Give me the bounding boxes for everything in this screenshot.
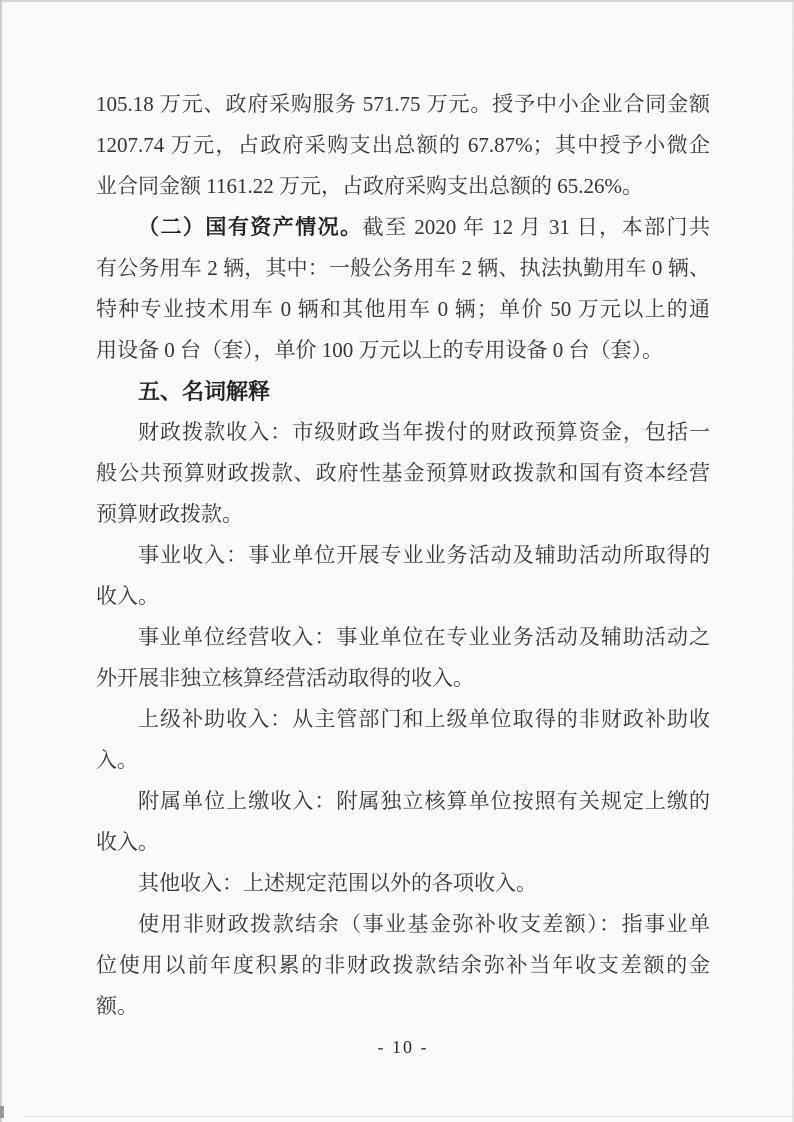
paragraph: 附属单位上缴收入：附属独立核算单位按照有关规定上缴的收入。 <box>96 781 710 863</box>
text-line: 使用非财政拨款结余（事业基金弥补收支差额）：指事业单 <box>96 904 710 945</box>
text-line: 收入。 <box>96 822 710 863</box>
text-line: 其他收入：上述规定范围以外的各项收入。 <box>96 863 710 904</box>
scan-edge-top <box>0 0 794 2</box>
paragraph: 事业收入：事业单位开展专业业务活动及辅助活动所取得的收入。 <box>96 535 710 617</box>
text-line: 外开展非独立核算经营活动取得的收入。 <box>96 658 710 699</box>
paragraph: 财政拨款收入：市级财政当年拨付的财政预算资金，包括一般公共预算财政拨款、政府性基… <box>96 412 710 535</box>
scan-artifact-speck <box>0 1106 4 1118</box>
text-line: 1207.74 万元，占政府采购支出总额的 67.87%；其中授予小微企 <box>96 125 710 166</box>
text-line: 附属单位上缴收入：附属独立核算单位按照有关规定上缴的 <box>96 781 710 822</box>
paragraph: 其他收入：上述规定范围以外的各项收入。 <box>96 863 710 904</box>
paragraph: （二）国有资产情况。截至 2020 年 12 月 31 日，本部门共有公务用车 … <box>96 207 710 371</box>
section-heading: 五、名词解释 <box>96 371 710 412</box>
scan-edge-bottom <box>24 1116 794 1117</box>
scan-edge-left <box>0 0 2 1122</box>
heading-line: 五、名词解释 <box>96 371 710 412</box>
text-line: 位使用以前年度积累的非财政拨款结余弥补当年收支差额的金 <box>96 945 710 986</box>
text-line: 收入。 <box>96 576 710 617</box>
text-line: 事业收入：事业单位开展专业业务活动及辅助活动所取得的 <box>96 535 710 576</box>
text-line: 入。 <box>96 740 710 781</box>
paragraph: 事业单位经营收入：事业单位在专业业务活动及辅助活动之外开展非独立核算经营活动取得… <box>96 617 710 699</box>
text-line: （二）国有资产情况。截至 2020 年 12 月 31 日，本部门共 <box>96 207 710 248</box>
page-number: - 10 - <box>96 1036 710 1058</box>
document-body: 105.18 万元、政府采购服务 571.75 万元。授予中小企业合同金额120… <box>96 84 710 1027</box>
scanned-document-page: 105.18 万元、政府采购服务 571.75 万元。授予中小企业合同金额120… <box>0 0 794 1122</box>
text-line: 105.18 万元、政府采购服务 571.75 万元。授予中小企业合同金额 <box>96 84 710 125</box>
document-content: 105.18 万元、政府采购服务 571.75 万元。授予中小企业合同金额120… <box>96 84 710 1058</box>
text-line: 事业单位经营收入：事业单位在专业业务活动及辅助活动之 <box>96 617 710 658</box>
text-line: 业合同金额 1161.22 万元，占政府采购支出总额的 65.26%。 <box>96 166 710 207</box>
text-line: 额。 <box>96 986 710 1027</box>
text-line: 上级补助收入：从主管部门和上级单位取得的非财政补助收 <box>96 699 710 740</box>
text-line: 用设备 0 台（套），单价 100 万元以上的专用设备 0 台（套）。 <box>96 330 710 371</box>
text-line: 财政拨款收入：市级财政当年拨付的财政预算资金，包括一 <box>96 412 710 453</box>
paragraph: 105.18 万元、政府采购服务 571.75 万元。授予中小企业合同金额120… <box>96 84 710 207</box>
text-line: 有公务用车 2 辆，其中：一般公务用车 2 辆、执法执勤用车 0 辆、 <box>96 248 710 289</box>
paragraph: 上级补助收入：从主管部门和上级单位取得的非财政补助收入。 <box>96 699 710 781</box>
text-line: 特种专业技术用车 0 辆和其他用车 0 辆；单价 50 万元以上的通 <box>96 289 710 330</box>
text-line: 般公共预算财政拨款、政府性基金预算财政拨款和国有资本经营 <box>96 453 710 494</box>
paragraph: 使用非财政拨款结余（事业基金弥补收支差额）：指事业单位使用以前年度积累的非财政拨… <box>96 904 710 1027</box>
text-line: 预算财政拨款。 <box>96 494 710 535</box>
paragraph-lead-bold: （二）国有资产情况。 <box>138 215 363 239</box>
